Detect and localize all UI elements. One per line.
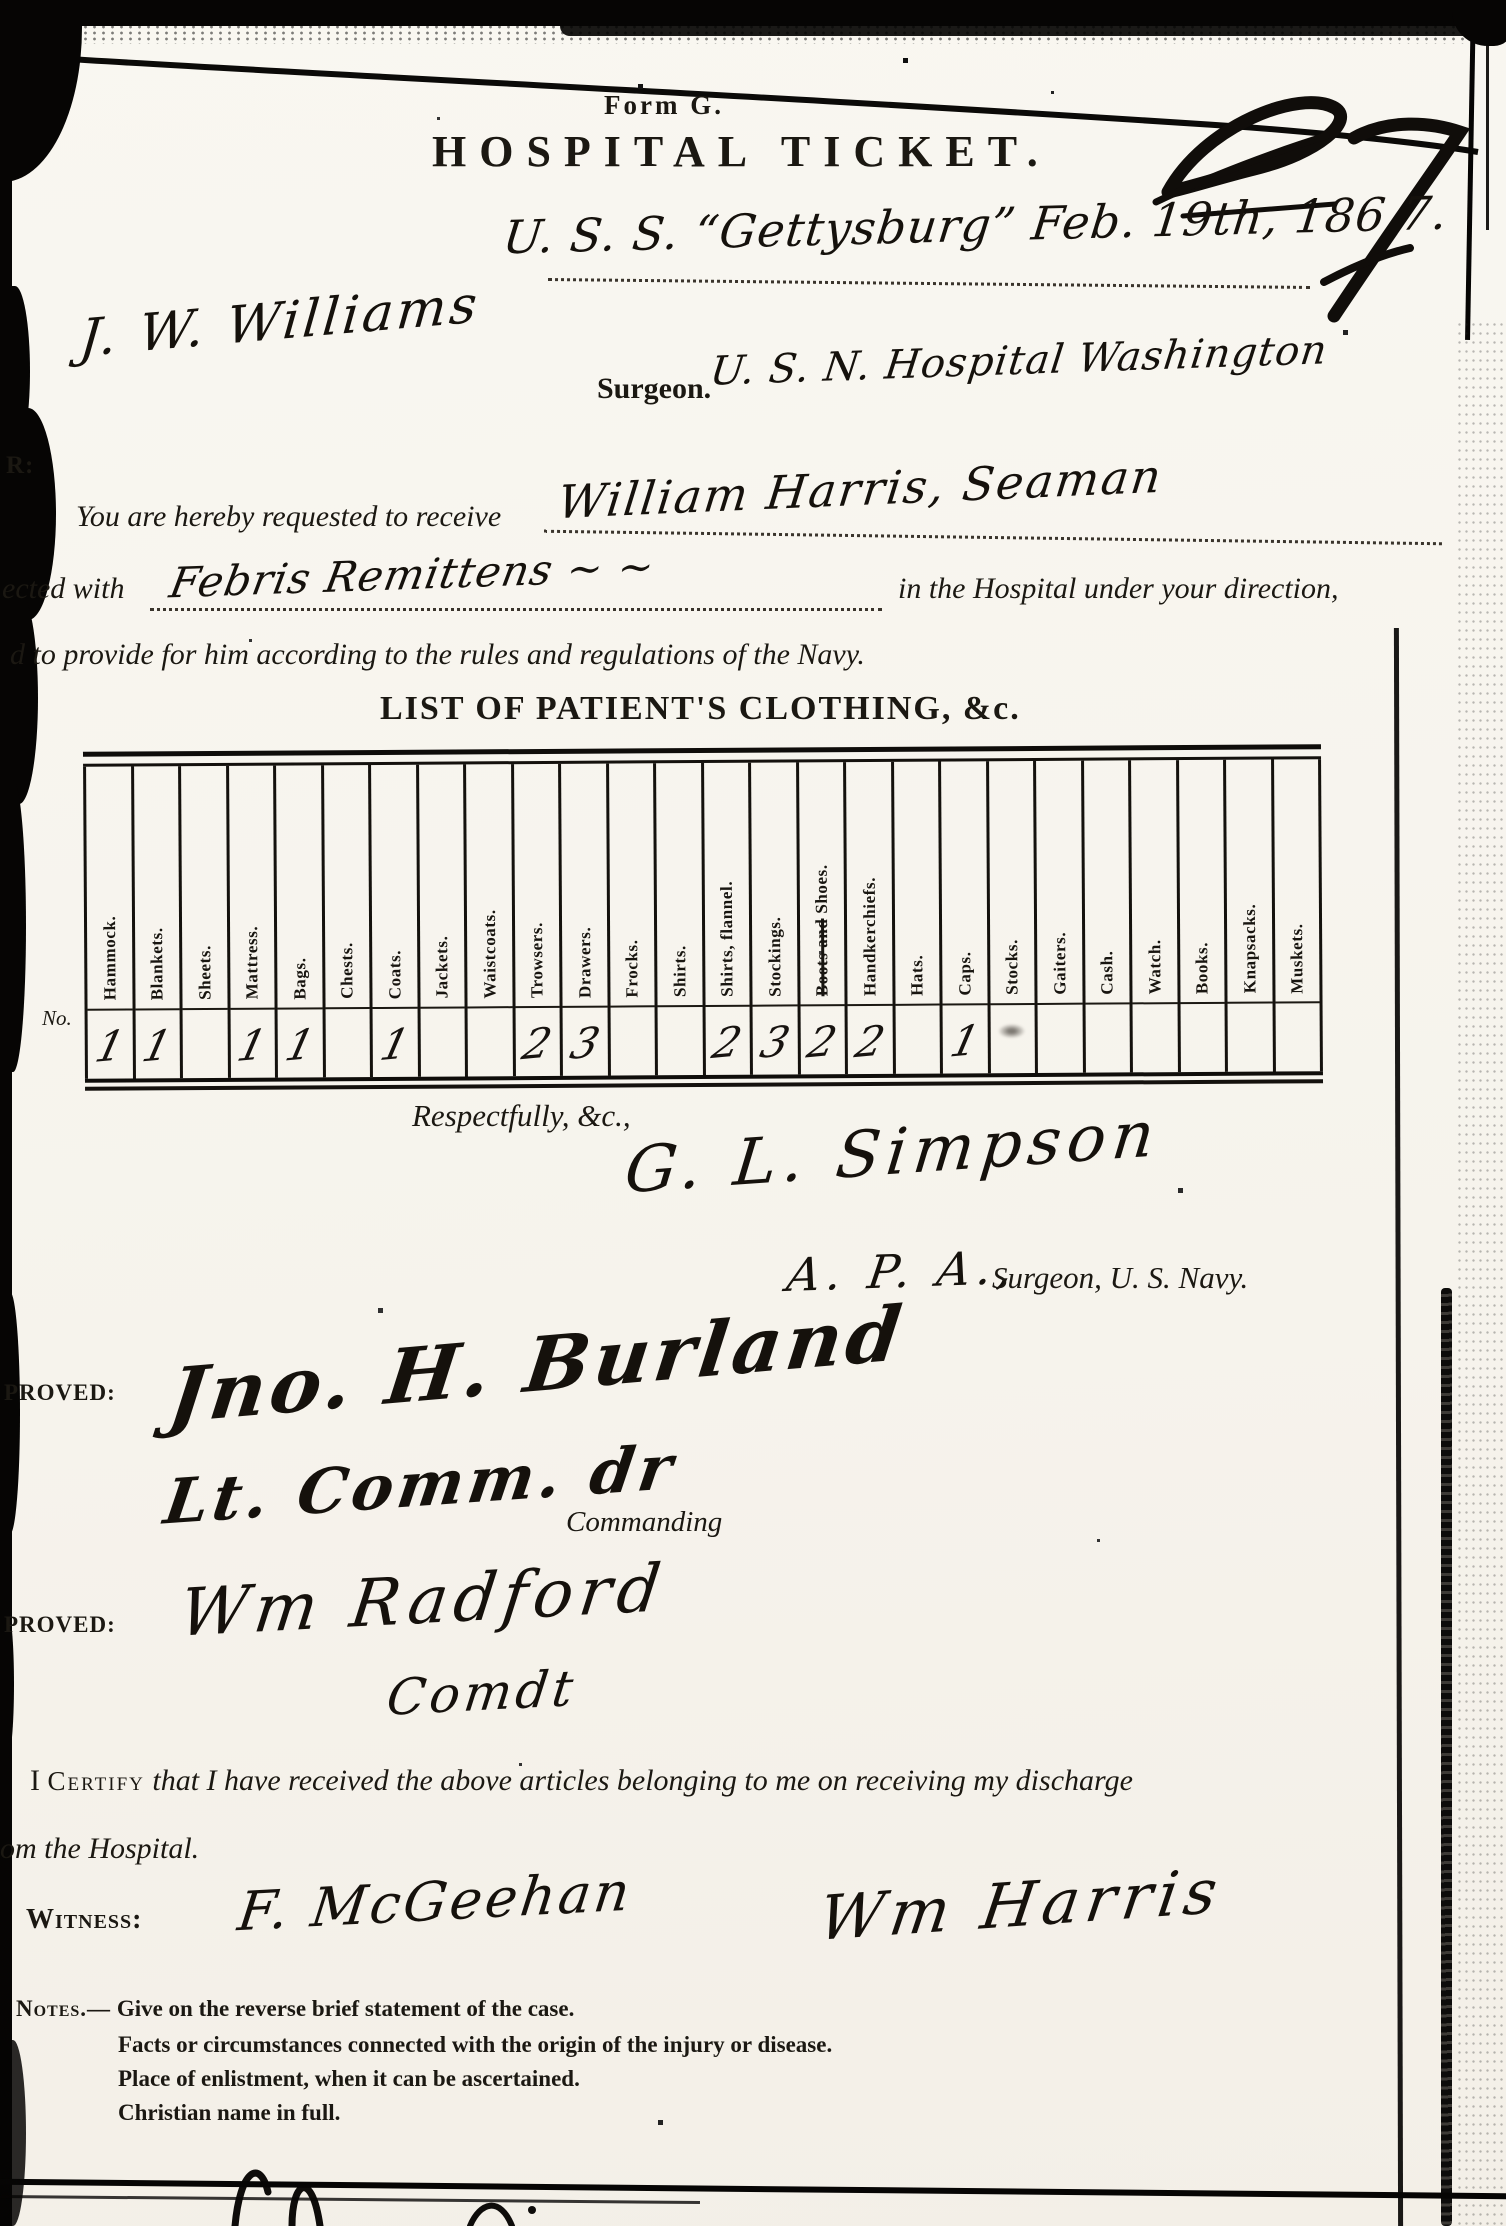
column-value-cell: 2 xyxy=(800,1008,845,1074)
table-column: Boots and Shoes.2 xyxy=(799,762,848,1074)
column-value-cell: 1 xyxy=(278,1011,323,1077)
column-value-cell: 1 xyxy=(943,1007,988,1073)
table-column: Shirts, flannel.2 xyxy=(704,763,753,1075)
column-value-cell xyxy=(1085,1006,1130,1072)
approved-label-2: PROVED: xyxy=(4,1612,116,1638)
paper-specks xyxy=(0,0,1,1)
column-value-handwriting: 2 xyxy=(803,1016,842,1067)
certify-line-1: I Certify that I have received the above… xyxy=(30,1764,1133,1798)
column-header-label: Hammock. xyxy=(101,916,119,1001)
column-header: Sheets. xyxy=(181,766,227,1010)
column-header-label: Hats. xyxy=(908,954,925,995)
column-value-handwriting: 2 xyxy=(708,1016,747,1067)
column-value-cell xyxy=(1133,1006,1178,1072)
column-header-label: Cash. xyxy=(1098,950,1115,994)
commander-signature-handwriting: Jno. H. Burland xyxy=(164,1289,910,1441)
notes-lead: Notes.— xyxy=(16,1996,111,2021)
notes-line-2: Facts or circumstances connected with th… xyxy=(118,2032,832,2058)
column-value-cell: 3 xyxy=(753,1008,798,1074)
column-value-cell: 1 xyxy=(135,1012,180,1078)
column-header: Trowsers. xyxy=(514,764,560,1008)
column-header: Drawers. xyxy=(561,764,607,1008)
table-column: Handkerchiefs.2 xyxy=(846,762,895,1074)
patient-signature-handwriting: Wm Harris xyxy=(814,1854,1228,1955)
surgeon-station-handwriting: U. S. N. Hospital Washington xyxy=(708,327,1331,394)
witness-signature-handwriting: F. McGeehan xyxy=(235,1860,637,1943)
table-column: Watch. xyxy=(1131,760,1180,1072)
column-header-label: Stockings. xyxy=(766,916,783,996)
column-value-handwriting: 1 xyxy=(946,1015,985,1066)
column-header: Shirts, flannel. xyxy=(704,763,750,1007)
approved-label-1: PROVED: xyxy=(4,1380,116,1406)
column-header-label: Blankets. xyxy=(148,927,165,1000)
witness-label: Witness: xyxy=(26,1904,142,1936)
provide-line: d to provide for him according to the ru… xyxy=(10,638,865,672)
column-header: Bags. xyxy=(276,765,322,1009)
column-header-label: Mattress. xyxy=(243,926,260,1000)
column-header-label: Handkerchiefs. xyxy=(861,877,879,996)
column-header: Knapsacks. xyxy=(1226,760,1272,1004)
clothing-table-columns: Hammock.1Blankets.1Sheets.Mattress.1Bags… xyxy=(83,759,1323,1079)
column-value-cell xyxy=(183,1012,228,1078)
table-column: Stockings.3 xyxy=(751,762,800,1074)
commandant-rank-handwriting: Comdt xyxy=(384,1659,581,1727)
scan-left-blob-3 xyxy=(0,592,38,804)
notes-line-1: Notes.— Give on the reverse brief statem… xyxy=(16,1996,574,2022)
certify-rest: that I have received the above articles … xyxy=(152,1764,1133,1797)
table-column: Blankets.1 xyxy=(134,766,183,1078)
column-header-label: Shirts, flannel. xyxy=(718,881,736,997)
column-value-handwriting: 1 xyxy=(91,1020,130,1071)
table-column: Knapsacks. xyxy=(1226,760,1275,1072)
scan-right-scribble-band xyxy=(1441,1288,1452,2226)
table-column: Muskets. xyxy=(1274,759,1323,1071)
column-value-cell: 1 xyxy=(88,1012,133,1078)
column-value-cell xyxy=(990,1007,1035,1073)
scan-right-line-long xyxy=(1394,628,1403,2226)
column-value-cell xyxy=(468,1010,513,1076)
table-column: Drawers.3 xyxy=(561,764,610,1076)
column-value-cell: 2 xyxy=(705,1009,750,1075)
affected-suffix: in the Hospital under your direction, xyxy=(898,572,1339,606)
commanding-printed: Commanding xyxy=(566,1506,722,1539)
column-header: Watch. xyxy=(1131,760,1177,1004)
certify-lead: I xyxy=(30,1764,40,1797)
column-header: Caps. xyxy=(941,761,987,1005)
table-column: Waistcoats. xyxy=(466,764,515,1076)
request-prefix: You are hereby requested to receive xyxy=(76,500,501,534)
column-header: Handkerchiefs. xyxy=(846,762,892,1006)
column-value-cell xyxy=(1180,1006,1225,1072)
table-column: Chests. xyxy=(324,765,373,1077)
column-header: Coats. xyxy=(371,765,417,1009)
column-value-handwriting: 1 xyxy=(233,1019,272,1070)
certify-word: Certify xyxy=(48,1766,145,1796)
table-column: Coats.1 xyxy=(371,765,420,1077)
affected-prefix: ected with xyxy=(2,572,124,606)
notes-line-1-text: Give on the reverse brief statement of t… xyxy=(117,1996,575,2021)
notes-line-4: Christian name in full. xyxy=(118,2100,340,2126)
hospital-ticket-document: Form G. HOSPITAL TICKET. U. S. S. “Getty… xyxy=(0,0,1506,2226)
table-column: Hats. xyxy=(894,762,943,1074)
table-column: Stocks. xyxy=(989,761,1038,1073)
table-column: Caps.1 xyxy=(941,761,990,1073)
column-header: Hats. xyxy=(894,762,940,1006)
table-column: Trowsers.2 xyxy=(514,764,563,1076)
column-header-label: Caps. xyxy=(956,951,973,995)
column-header: Books. xyxy=(1179,760,1225,1004)
table-column: Mattress.1 xyxy=(229,766,278,1078)
column-header-label: Stocks. xyxy=(1003,939,1020,995)
column-value-handwriting: 1 xyxy=(376,1018,415,1069)
patient-name-handwriting: William Harris, Seaman xyxy=(555,449,1166,529)
disease-dotted-line xyxy=(150,608,882,611)
patient-name-dotted-line xyxy=(544,530,1442,546)
column-header: Shirts. xyxy=(656,763,702,1007)
column-value-handwriting: 3 xyxy=(566,1017,605,1068)
column-value-cell xyxy=(420,1010,465,1076)
column-value-handwriting: 1 xyxy=(281,1019,320,1070)
commandant-signature-handwriting: Wm Radford xyxy=(175,1549,670,1651)
column-header-label: Coats. xyxy=(386,949,403,999)
table-column: Books. xyxy=(1179,760,1228,1072)
form-label: Form G. xyxy=(604,90,724,121)
column-value-cell xyxy=(610,1009,655,1075)
scan-left-blob-5 xyxy=(0,1292,20,1534)
column-header-label: Trowsers. xyxy=(528,922,545,998)
column-header-label: Watch. xyxy=(1146,939,1163,994)
column-value-cell xyxy=(325,1011,370,1077)
table-column: Hammock.1 xyxy=(86,766,135,1078)
column-header: Waistcoats. xyxy=(466,764,512,1008)
column-value-cell: 1 xyxy=(373,1011,418,1077)
column-header-label: Muskets. xyxy=(1288,923,1305,994)
ink-smudge xyxy=(996,1023,1026,1039)
addressee-signature-handwriting: J. W. Williams xyxy=(77,275,482,369)
scan-right-speckle xyxy=(1456,320,1506,2226)
table-column: Cash. xyxy=(1084,760,1133,1072)
column-value-handwriting: 2 xyxy=(851,1015,890,1066)
table-column: Gaiters. xyxy=(1036,761,1085,1073)
certify-line-2: om the Hospital. xyxy=(0,1832,199,1866)
notes-line-3: Place of enlistment, when it can be asce… xyxy=(118,2066,580,2092)
scan-left-blob-4 xyxy=(0,780,26,1072)
bottom-pen-strokes xyxy=(140,2130,700,2226)
column-header-label: Books. xyxy=(1193,942,1210,994)
table-column: Bags.1 xyxy=(276,765,325,1077)
column-header-label: Knapsacks. xyxy=(1241,904,1259,994)
column-header: Stocks. xyxy=(989,761,1035,1005)
document-title: HOSPITAL TICKET. xyxy=(432,126,1051,177)
surgeon-rank-printed: Surgeon, U. S. Navy. xyxy=(992,1260,1248,1296)
column-header-label: Jackets. xyxy=(433,936,450,999)
column-header: Hammock. xyxy=(86,766,132,1010)
surgeon-label: Surgeon. xyxy=(597,372,711,406)
disease-handwriting: Febris Remittens ~ ~ xyxy=(166,542,659,608)
salutation: R: xyxy=(6,452,34,480)
column-value-cell xyxy=(1228,1006,1273,1072)
column-header-label: Boots and Shoes. xyxy=(813,864,831,996)
column-value-handwriting: 2 xyxy=(518,1017,557,1068)
table-column: Sheets. xyxy=(181,766,230,1078)
column-value-cell: 1 xyxy=(230,1012,275,1078)
column-header: Gaiters. xyxy=(1036,761,1082,1005)
clothing-table: Hammock.1Blankets.1Sheets.Mattress.1Bags… xyxy=(83,744,1323,1091)
column-value-cell: 3 xyxy=(563,1010,608,1076)
column-value-cell xyxy=(658,1009,703,1075)
column-header: Jackets. xyxy=(419,764,465,1008)
column-header: Muskets. xyxy=(1274,759,1320,1003)
column-value-cell xyxy=(1275,1005,1320,1071)
column-header-label: Drawers. xyxy=(576,926,593,997)
column-value-handwriting: 1 xyxy=(138,1020,177,1071)
column-header-label: Sheets. xyxy=(196,945,213,1000)
table-column: Jackets. xyxy=(419,764,468,1076)
table-row-label: No. xyxy=(42,1006,72,1031)
column-header: Cash. xyxy=(1084,760,1130,1004)
column-header: Blankets. xyxy=(134,766,180,1010)
column-value-cell xyxy=(1038,1007,1083,1073)
column-value-cell: 2 xyxy=(848,1008,893,1074)
column-header-label: Bags. xyxy=(291,957,308,999)
table-column: Frocks. xyxy=(609,763,658,1075)
table-column: Shirts. xyxy=(656,763,705,1075)
column-value-cell: 2 xyxy=(515,1010,560,1076)
column-value-cell xyxy=(895,1008,940,1074)
surgeon-signature-handwriting: G. L. Simpson xyxy=(621,1098,1163,1209)
clothing-table-title: LIST OF PATIENT'S CLOTHING, &c. xyxy=(380,690,1021,728)
respectfully-line: Respectfully, &c., xyxy=(412,1098,631,1134)
column-header-label: Chests. xyxy=(338,942,355,999)
column-header: Stockings. xyxy=(751,762,797,1006)
column-header-label: Gaiters. xyxy=(1051,932,1068,995)
column-header-label: Waistcoats. xyxy=(481,909,499,998)
column-value-handwriting: 3 xyxy=(756,1016,795,1067)
column-header-label: Frocks. xyxy=(623,939,640,997)
column-header: Frocks. xyxy=(609,763,655,1007)
column-header: Chests. xyxy=(324,765,370,1009)
column-header: Mattress. xyxy=(229,766,275,1010)
column-header: Boots and Shoes. xyxy=(799,762,845,1006)
column-header-label: Shirts. xyxy=(671,945,688,997)
